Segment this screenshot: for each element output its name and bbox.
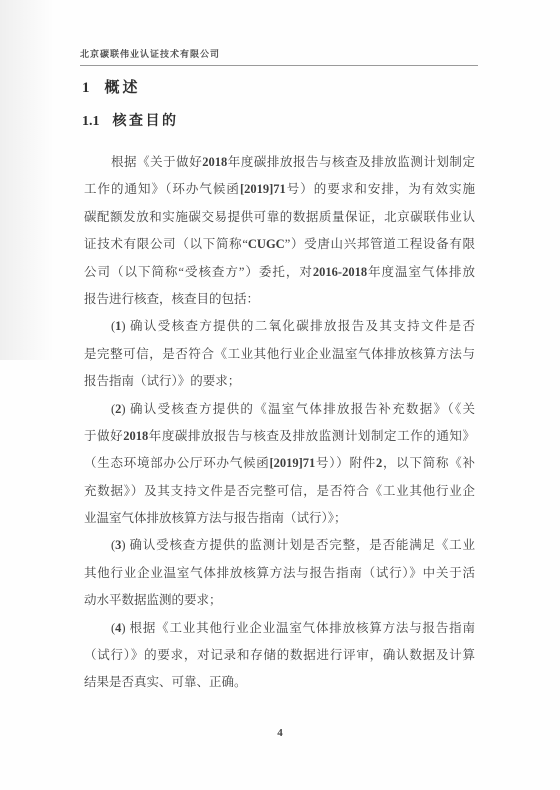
paragraph-line: (3) 确认受核查方提供的监测计划是否完整，是否能满足《工业 [84, 532, 475, 559]
subsection-title: 核查目的 [113, 114, 179, 129]
page-number: 4 [0, 727, 560, 739]
paragraph-line: （生态环境部办公厅环办气候函[2019]71号））附件2，以下简称《补 [84, 450, 475, 477]
paragraph-line: 工作的通知》（环办气候函[2019]71号）的要求和安排，为有效实施 [84, 176, 475, 203]
section-title: 概述 [105, 80, 141, 96]
paragraph-line: 碳配额发放和实施碳交易提供可靠的数据质量保证，北京碳联伟业认 [84, 204, 475, 231]
paragraph-line: 其他行业企业温室气体排放核算方法与报告指南（试行）》中关于活 [84, 560, 475, 587]
paragraph-line: 于做好2018年度碳排放报告与核查及排放监测计划制定工作的通知》 [84, 423, 475, 450]
page-header: 北京碳联伟业认证技术有限公司 [80, 47, 478, 66]
paragraph-line: 证技术有限公司（以下简称“CUGC”）受唐山兴邦管道工程设备有限 [84, 231, 475, 258]
paragraph-line: （试行）》的要求，对记录和存储的数据进行评审，确认数据及计算 [84, 642, 475, 669]
paragraph-line: 业温室气体排放核算方法与报告指南（试行）》； [84, 505, 475, 532]
company-name: 北京碳联伟业认证技术有限公司 [80, 49, 220, 59]
paragraph-line: 充数据》）及其支持文件是否完整可信，是否符合《工业其他行业企 [84, 478, 475, 505]
document-page: 北京碳联伟业认证技术有限公司 1概述 1.1核查目的 根据《关于做好2018年度… [0, 0, 560, 790]
paragraph-line: 报告指南（试行）》的要求； [84, 368, 475, 395]
subsection-number: 1.1 [82, 114, 100, 129]
body-text: 根据《关于做好2018年度碳排放报告与核查及排放监测计划制定 工作的通知》（环办… [84, 149, 475, 697]
paragraph-line: (2) 确认受核查方提供的《温室气体排放报告补充数据》（《关 [84, 396, 475, 423]
paragraph-line: 结果是否真实、可靠、正确。 [84, 669, 475, 696]
paragraph-line: 报告进行核查，核查目的包括： [84, 286, 475, 313]
paragraph-line: 根据《关于做好2018年度碳排放报告与核查及排放监测计划制定 [84, 149, 475, 176]
paragraph-line: (1) 确认受核查方提供的二氧化碳排放报告及其支持文件是否 [84, 313, 475, 340]
section-heading: 1概述 [82, 76, 141, 97]
paragraph-line: (4) 根据《工业其他行业企业温室气体排放核算方法与报告指南 [84, 615, 475, 642]
paragraph-line: 公司（以下简称“受核查方”）委托，对2016-2018年度温室气体排放 [84, 259, 475, 286]
subsection-heading: 1.1核查目的 [82, 110, 179, 130]
paragraph-line: 动水平数据监测的要求； [84, 587, 475, 614]
section-number: 1 [82, 80, 90, 96]
paragraph-line: 是完整可信，是否符合《工业其他行业企业温室气体排放核算方法与 [84, 341, 475, 368]
